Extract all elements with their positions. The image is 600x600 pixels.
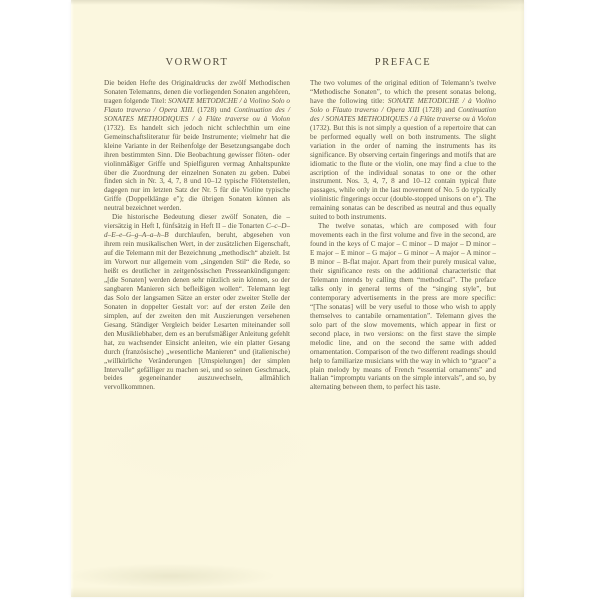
paragraph: Die historische Bedeutung dieser zwölf S… [104,213,290,392]
book-page: VORWORT Die beiden Hefte des Originaldru… [71,0,524,597]
paragraph: Die beiden Hefte des Originaldrucks der … [104,79,290,213]
preface-heading: PREFACE [310,57,496,68]
column-vorwort: VORWORT Die beiden Hefte des Originaldru… [104,57,290,392]
paragraph: The twelve sonatas, which are composed w… [310,222,496,392]
column-preface: PREFACE The two volumes of the original … [310,57,496,392]
vorwort-heading: VORWORT [104,57,290,68]
two-column-layout: VORWORT Die beiden Hefte des Originaldru… [104,57,496,392]
preface-body: The two volumes of the original edition … [310,79,496,392]
vorwort-body: Die beiden Hefte des Originaldrucks der … [104,79,290,392]
product-photo: VORWORT Die beiden Hefte des Originaldru… [0,0,600,600]
paragraph: The two volumes of the original edition … [310,79,496,222]
